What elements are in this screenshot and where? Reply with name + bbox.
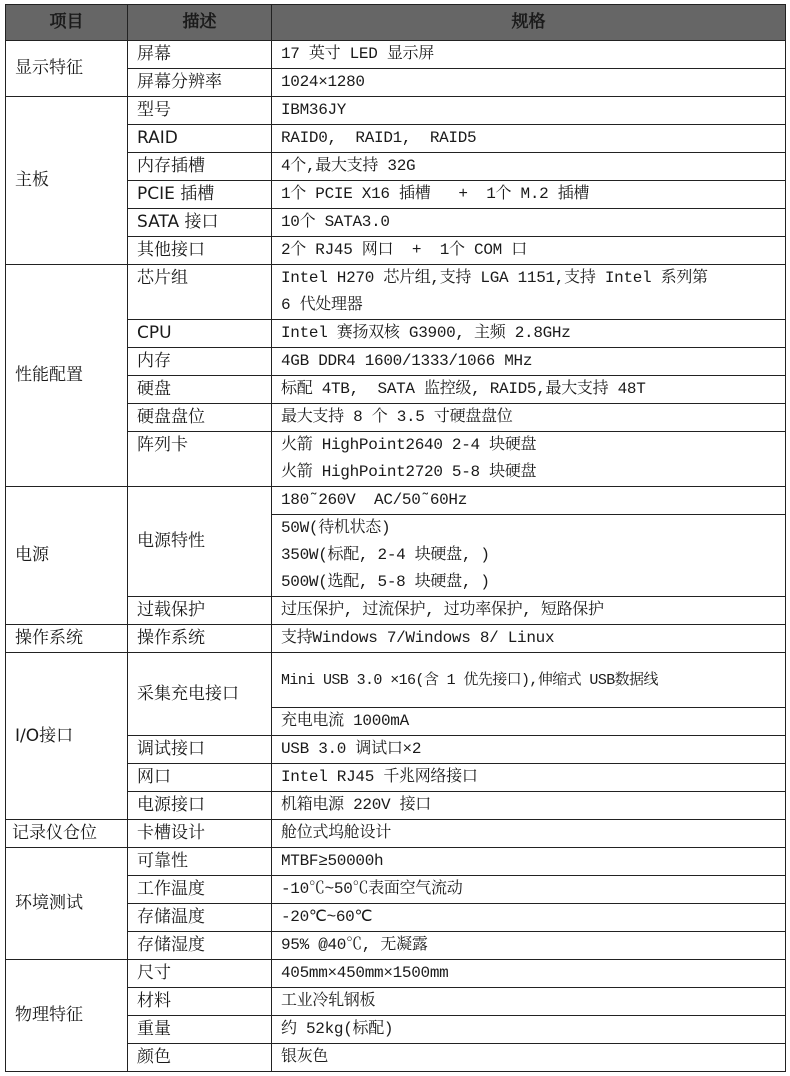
row-label: SATA 接口 [128, 209, 272, 237]
table-header-row: 项目 描述 规格 [6, 5, 786, 41]
row-value: 舱位式坞舱设计 [272, 820, 786, 848]
row-label: 屏幕 [128, 41, 272, 69]
group-mainboard: 主板 [6, 97, 128, 265]
row-label: 卡槽设计 [128, 820, 272, 848]
row-value: 机箱电源 220V 接口 [272, 792, 786, 820]
value-line: 火箭 HighPoint2640 2-4 块硬盘 [281, 432, 785, 459]
row-value: 标配 4TB, SATA 监控级, RAID5,最大支持 48T [272, 376, 786, 404]
row-value: 4GB DDR4 1600/1333/1066 MHz [272, 348, 786, 376]
row-value: 180˜260V AC/50˜60Hz [272, 487, 786, 515]
row-label: 尺寸 [128, 960, 272, 988]
row-label: 存储温度 [128, 904, 272, 932]
row-label: 存储湿度 [128, 932, 272, 960]
group-io: I/O接口 [6, 653, 128, 820]
row-value: 充电电流 1000mA [272, 708, 786, 736]
row-label: 电源接口 [128, 792, 272, 820]
row-label: 材料 [128, 988, 272, 1016]
group-display: 显示特征 [6, 41, 128, 97]
value-line: 350W(标配, 2-4 块硬盘, ) [281, 542, 785, 569]
row-label: 操作系统 [128, 625, 272, 653]
row-value: 1个 PCIE X16 插槽 + 1个 M.2 插槽 [272, 181, 786, 209]
row-label: 电源特性 [128, 487, 272, 597]
table-row: 环境测试 可靠性 MTBF≥50000h [6, 848, 786, 876]
row-label: 采集充电接口 [128, 653, 272, 736]
row-value: Intel RJ45 千兆网络接口 [272, 764, 786, 792]
row-label: 重量 [128, 1016, 272, 1044]
row-label: 工作温度 [128, 876, 272, 904]
column-header-specification: 规格 [272, 5, 786, 41]
row-label: 过载保护 [128, 597, 272, 625]
table-row: I/O接口 采集充电接口 Mini USB 3.0 ×16(含 1 优先接口),… [6, 653, 786, 708]
row-value: Mini USB 3.0 ×16(含 1 优先接口),伸缩式 USB数据线 [272, 653, 786, 708]
row-label: CPU [128, 320, 272, 348]
row-label: 芯片组 [128, 265, 272, 320]
group-recorder-bay: 记录仪仓位 [6, 820, 128, 848]
row-label: PCIE 插槽 [128, 181, 272, 209]
group-power: 电源 [6, 487, 128, 625]
group-environment: 环境测试 [6, 848, 128, 960]
row-value: MTBF≥50000h [272, 848, 786, 876]
row-value: -10℃~50℃表面空气流动 [272, 876, 786, 904]
column-header-item: 项目 [6, 5, 128, 41]
value-line: 50W(待机状态) [281, 515, 785, 542]
row-value: RAID0, RAID1, RAID5 [272, 125, 786, 153]
row-value: -20℃~60℃ [272, 904, 786, 932]
row-value: 1024×1280 [272, 69, 786, 97]
row-label: 其他接口 [128, 237, 272, 265]
row-value: 支持Windows 7/Windows 8/ Linux [272, 625, 786, 653]
value-line: 6 代处理器 [281, 292, 785, 319]
row-label: 颜色 [128, 1044, 272, 1072]
row-value: 405mm×450mm×1500mm [272, 960, 786, 988]
table-row: 物理特征 尺寸 405mm×450mm×1500mm [6, 960, 786, 988]
row-value: 火箭 HighPoint2640 2-4 块硬盘 火箭 HighPoint272… [272, 432, 786, 487]
row-value: IBM36JY [272, 97, 786, 125]
row-value: 50W(待机状态) 350W(标配, 2-4 块硬盘, ) 500W(选配, 5… [272, 515, 786, 597]
row-label: 型号 [128, 97, 272, 125]
group-os: 操作系统 [6, 625, 128, 653]
row-label: 内存插槽 [128, 153, 272, 181]
row-label: 可靠性 [128, 848, 272, 876]
column-header-description: 描述 [128, 5, 272, 41]
row-value: Intel 赛扬双核 G3900, 主频 2.8GHz [272, 320, 786, 348]
row-label: 网口 [128, 764, 272, 792]
row-label: 硬盘盘位 [128, 404, 272, 432]
value-line: 500W(选配, 5-8 块硬盘, ) [281, 569, 785, 596]
table-row: 性能配置 芯片组 Intel H270 芯片组,支持 LGA 1151,支持 I… [6, 265, 786, 320]
value-line: 火箭 HighPoint2720 5-8 块硬盘 [281, 459, 785, 486]
row-value: 最大支持 8 个 3.5 寸硬盘盘位 [272, 404, 786, 432]
value-line: Intel H270 芯片组,支持 LGA 1151,支持 Intel 系列第 [281, 265, 785, 292]
row-label: 阵列卡 [128, 432, 272, 487]
row-value: 10个 SATA3.0 [272, 209, 786, 237]
row-value: 过压保护, 过流保护, 过功率保护, 短路保护 [272, 597, 786, 625]
row-label: 内存 [128, 348, 272, 376]
table-row: 主板 型号 IBM36JY [6, 97, 786, 125]
row-value: 工业冷轧钢板 [272, 988, 786, 1016]
row-label: 调试接口 [128, 736, 272, 764]
row-label: 硬盘 [128, 376, 272, 404]
row-value: 银灰色 [272, 1044, 786, 1072]
row-value: USB 3.0 调试口×2 [272, 736, 786, 764]
row-label: RAID [128, 125, 272, 153]
row-value: 4个,最大支持 32G [272, 153, 786, 181]
table-row: 显示特征 屏幕 17 英寸 LED 显示屏 [6, 41, 786, 69]
spec-table: 项目 描述 规格 显示特征 屏幕 17 英寸 LED 显示屏 屏幕分辨率 102… [5, 4, 786, 1072]
row-label: 屏幕分辨率 [128, 69, 272, 97]
table-row: 记录仪仓位 卡槽设计 舱位式坞舱设计 [6, 820, 786, 848]
row-value: Intel H270 芯片组,支持 LGA 1151,支持 Intel 系列第 … [272, 265, 786, 320]
table-row: 电源 电源特性 180˜260V AC/50˜60Hz [6, 487, 786, 515]
group-performance: 性能配置 [6, 265, 128, 487]
row-value: 约 52kg(标配) [272, 1016, 786, 1044]
table-row: 操作系统 操作系统 支持Windows 7/Windows 8/ Linux [6, 625, 786, 653]
row-value: 2个 RJ45 网口 + 1个 COM 口 [272, 237, 786, 265]
group-physical: 物理特征 [6, 960, 128, 1072]
row-value: 17 英寸 LED 显示屏 [272, 41, 786, 69]
row-value: 95% @40℃, 无凝露 [272, 932, 786, 960]
